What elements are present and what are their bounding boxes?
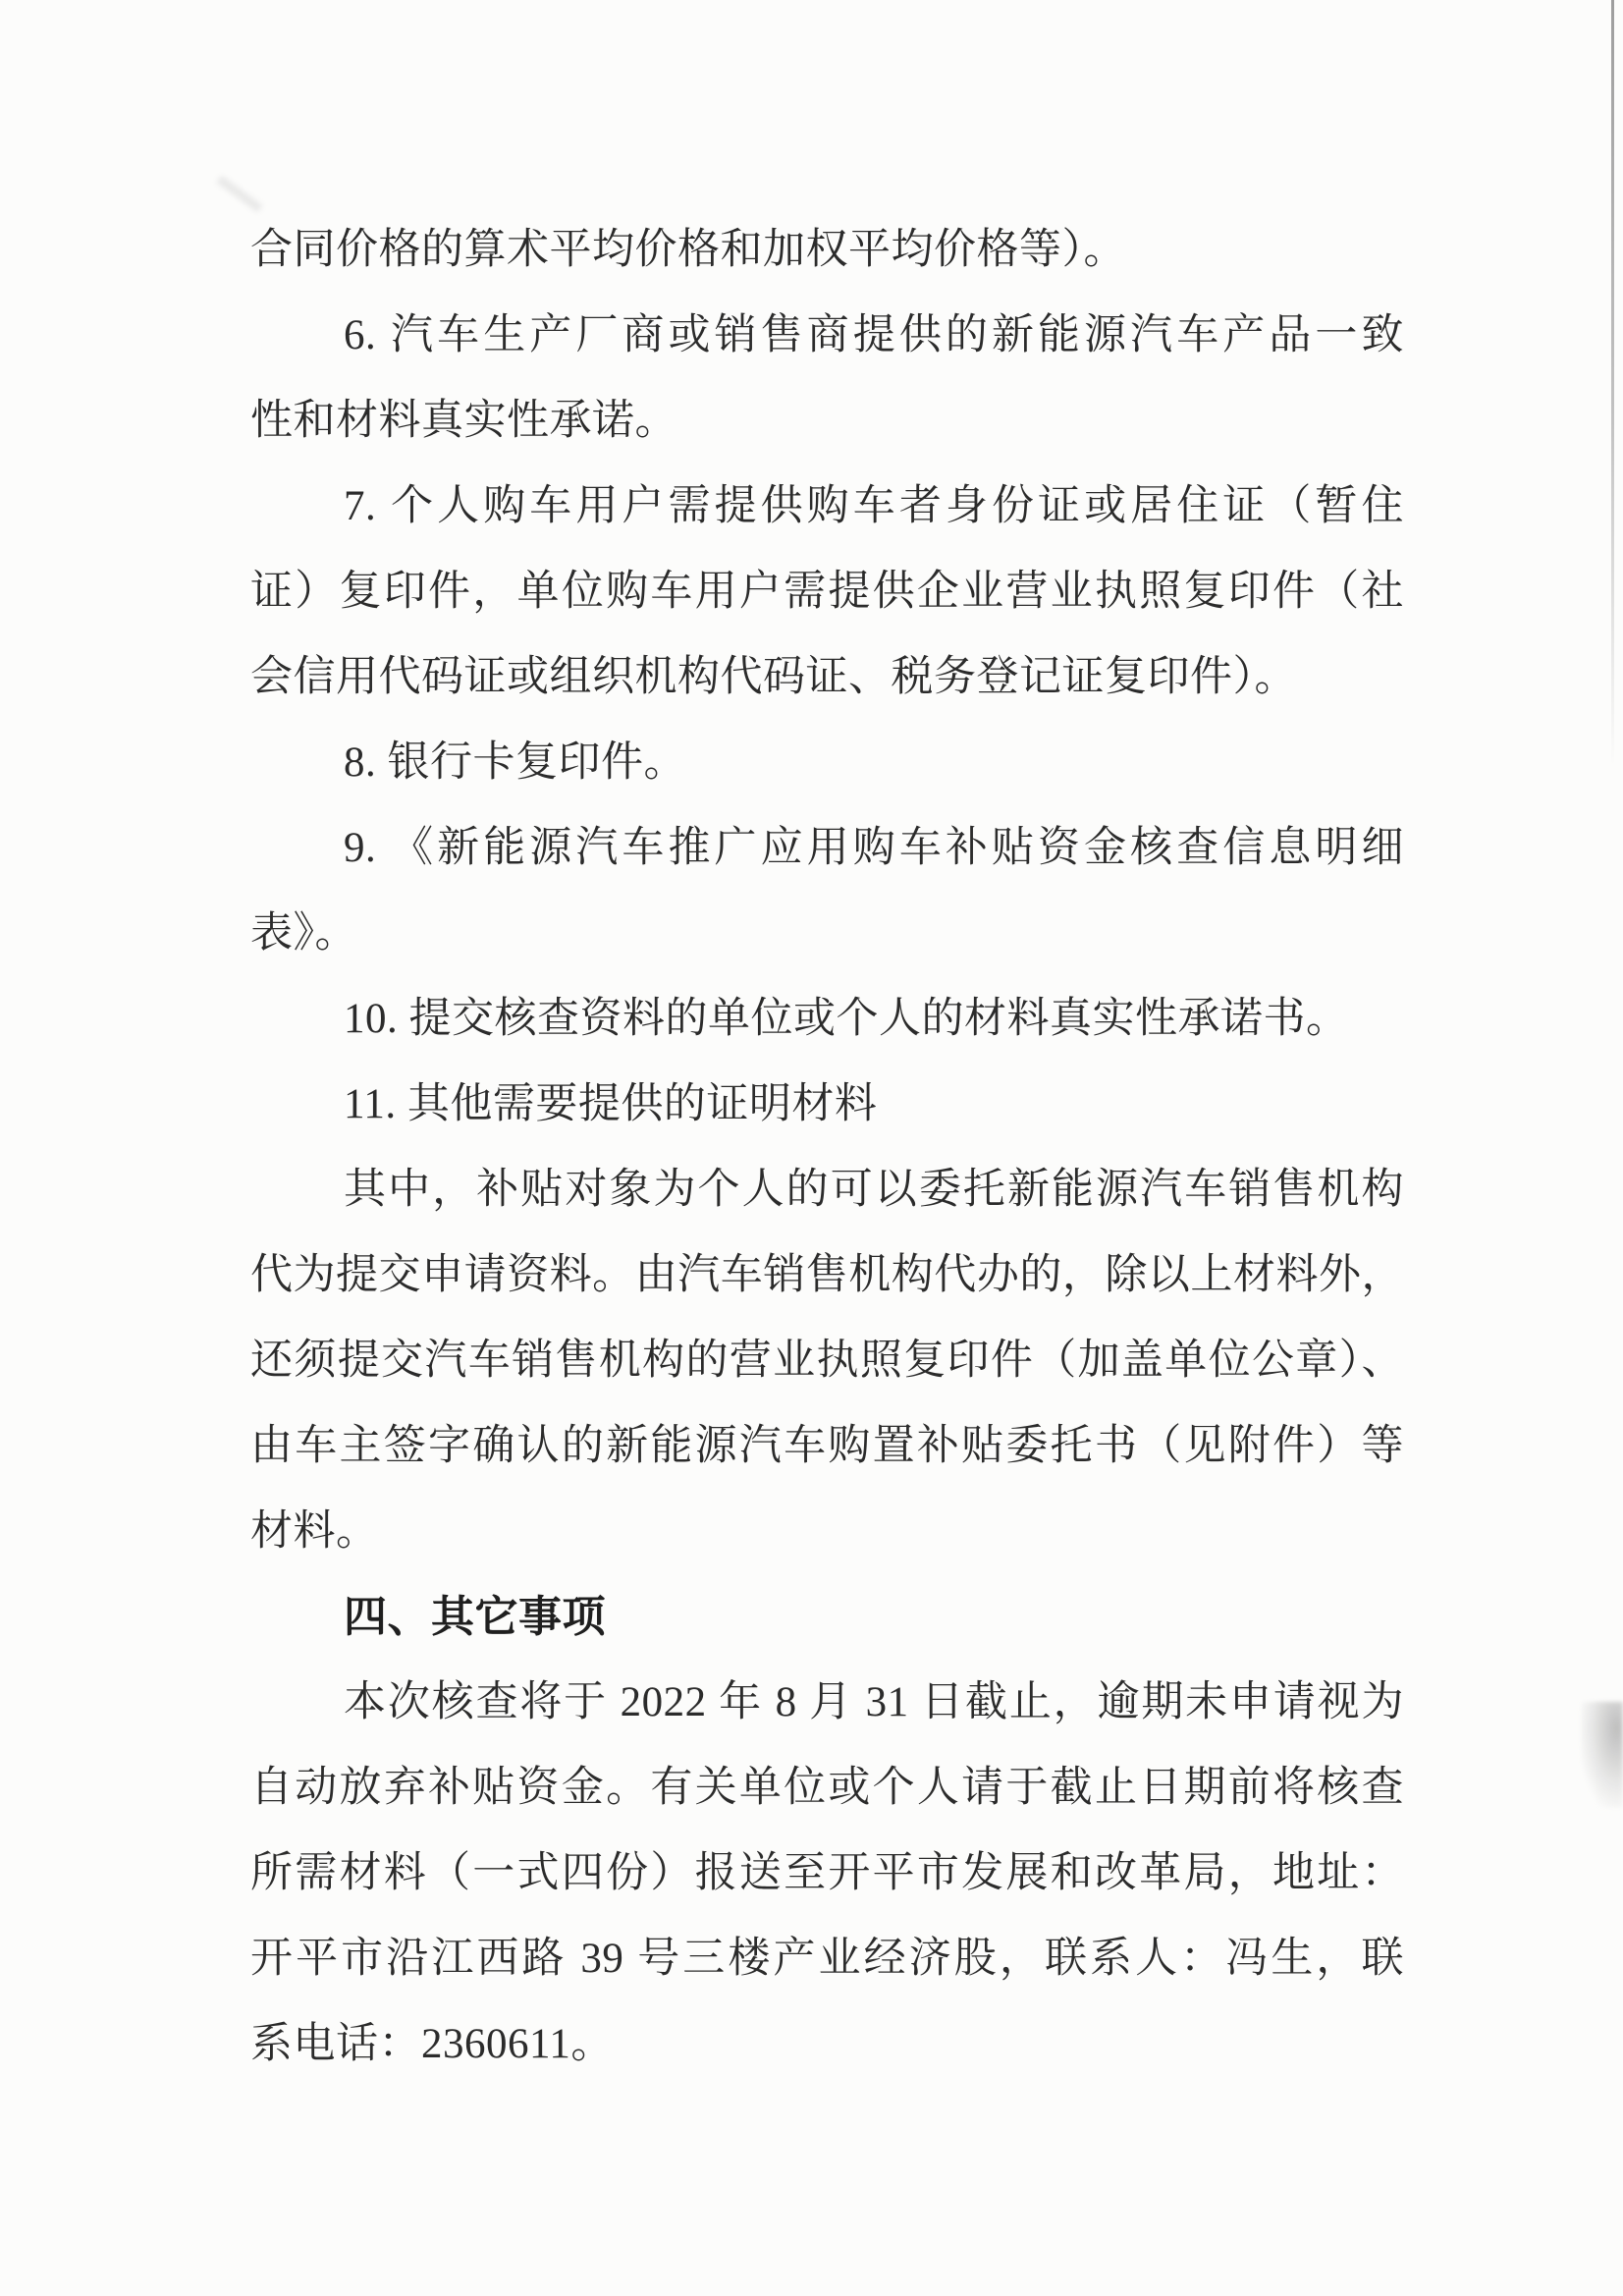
document-line: 证）复印件，单位购车用户需提供企业营业执照复印件（社: [250, 549, 1404, 634]
document-line: 系电话：2360611。: [250, 2001, 1404, 2087]
document-line: 8. 银行卡复印件。: [344, 720, 1404, 805]
document-line: 所需材料（一式四份）报送至开平市发展和改革局，地址：: [250, 1831, 1404, 1916]
document-line: 材料。: [250, 1489, 1404, 1574]
document-line: 本次核查将于 2022 年 8 月 31 日截止，逾期未申请视为: [344, 1660, 1404, 1745]
document-line: 9. 《新能源汽车推广应用购车补贴资金核查信息明细: [344, 805, 1404, 891]
document-line: 自动放弃补贴资金。有关单位或个人请于截止日期前将核查: [250, 1745, 1404, 1831]
document-line: 11. 其他需要提供的证明材料: [344, 1062, 1404, 1147]
scan-smudge-artifact: [216, 176, 262, 213]
document-line: 6. 汽车生产厂商或销售商提供的新能源汽车产品一致: [344, 293, 1404, 378]
document-line: 开平市沿江西路 39 号三楼产业经济股，联系人：冯生，联: [250, 1916, 1404, 2001]
document-line: 代为提交申请资料。由汽车销售机构代办的，除以上材料外，: [250, 1232, 1404, 1318]
document-line: 会信用代码证或组织机构代码证、税务登记证复印件）。: [250, 634, 1404, 720]
document-line: 其中，补贴对象为个人的可以委托新能源汽车销售机构: [344, 1147, 1404, 1232]
document-line: 还须提交汽车销售机构的营业执照复印件（加盖单位公章）、: [250, 1318, 1404, 1403]
scan-edge-artifact: [1611, 0, 1614, 766]
document-line: 性和材料真实性承诺。: [250, 378, 1404, 464]
document-line: 7. 个人购车用户需提供购车者身份证或居住证（暂住: [344, 464, 1404, 549]
document-page: 合同价格的算术平均价格和加权平均价格等）。 6. 汽车生产厂商或销售商提供的新能…: [0, 0, 1623, 2296]
document-line: 表》。: [250, 891, 1404, 976]
scan-smudge-artifact: [1581, 1702, 1623, 1808]
section-heading: 四、其它事项: [344, 1574, 1404, 1660]
document-line: 合同价格的算术平均价格和加权平均价格等）。: [250, 207, 1404, 293]
document-line: 由车主签字确认的新能源汽车购置补贴委托书（见附件）等: [250, 1403, 1404, 1489]
document-line: 10. 提交核查资料的单位或个人的材料真实性承诺书。: [344, 976, 1404, 1062]
